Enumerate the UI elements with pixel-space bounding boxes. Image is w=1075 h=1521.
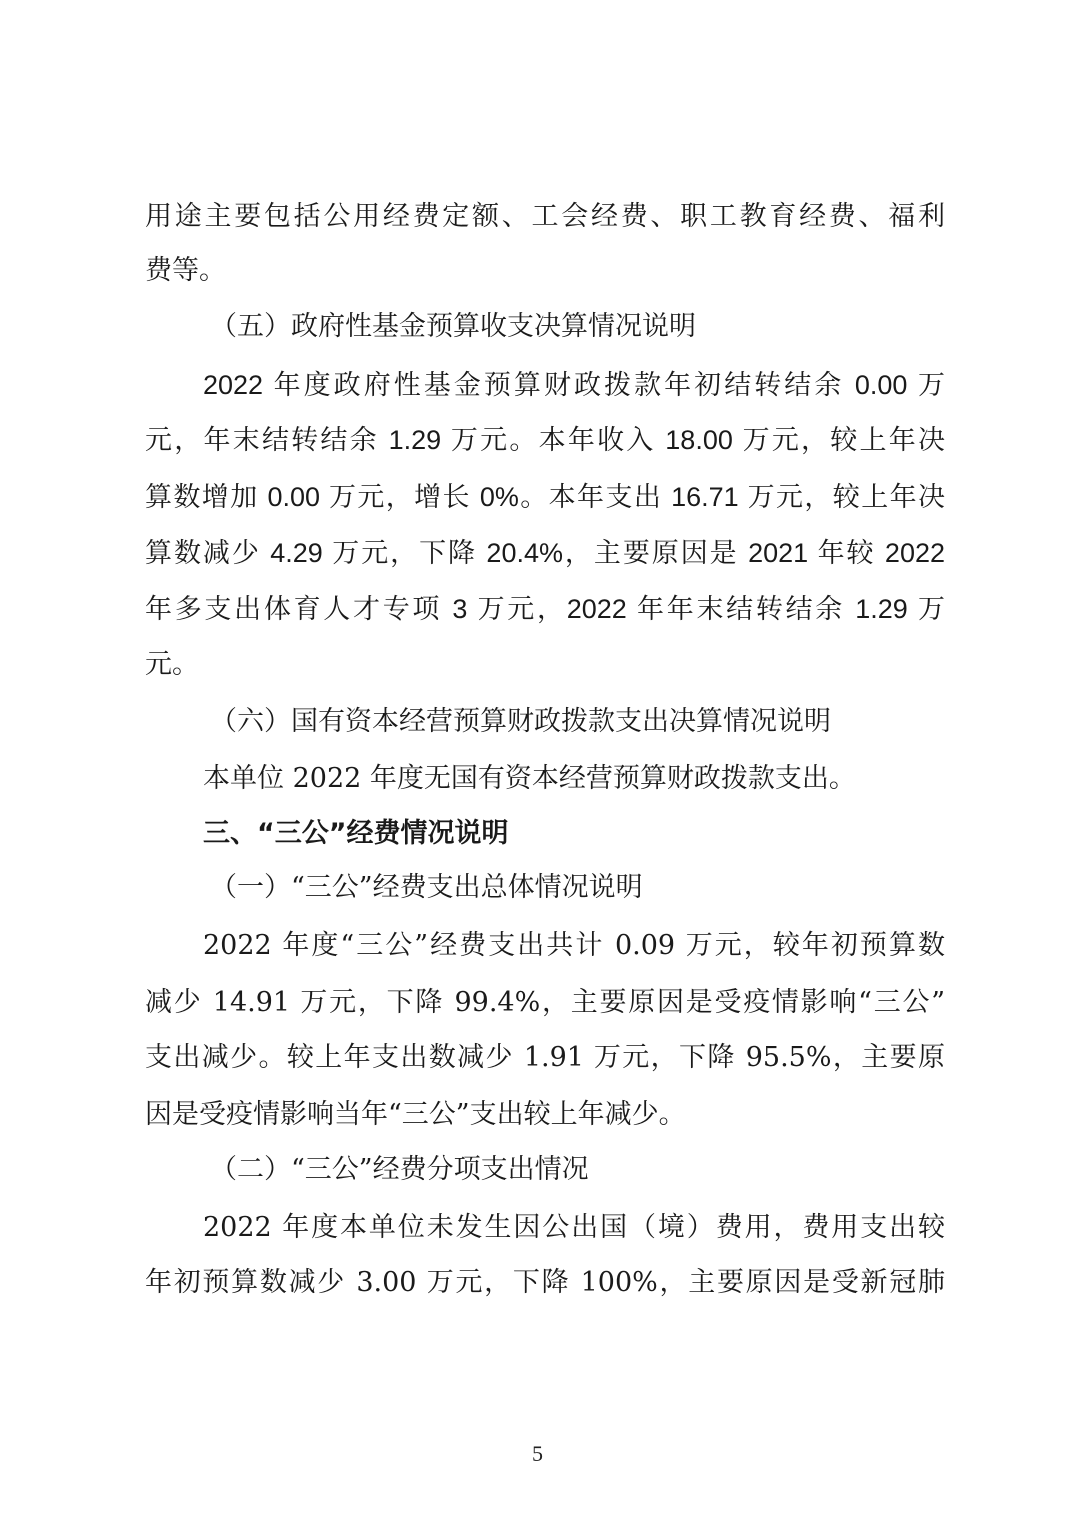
paragraph-line: 本单位 2022 年度无国有资本经营预算财政拨款支出。 [203,759,1003,799]
section-heading-3-2: （二）“三公”经费分项支出情况 [210,1150,1010,1190]
paragraph-line: 2022 年度本单位未发生因公出国（境）费用，费用支出较 [203,1208,945,1248]
section-heading-6: （六）国有资本经营预算财政拨款支出决算情况说明 [210,702,1010,742]
paragraph-line: 用途主要包括公用经费定额、工会经费、职工教育经费、福利 [145,197,945,237]
paragraph-line: 因是受疫情影响当年“三公”支出较上年减少。 [145,1095,945,1135]
paragraph-line: 元，年末结转结余 1.29 万元。本年收入 18.00 万元，较上年决 [145,420,945,460]
section-heading-3-1: （一）“三公”经费支出总体情况说明 [210,868,1010,908]
paragraph-line: 年多支出体育人才专项 3 万元，2022 年年末结转结余 1.29 万 [145,589,945,629]
paragraph-line: 算数增加 0.00 万元，增长 0%。本年支出 16.71 万元，较上年决 [145,477,945,517]
page-number: 5 [0,1441,1075,1467]
paragraph-line: 2022 年度政府性基金预算财政拨款年初结转结余 0.00 万 [203,365,945,405]
paragraph-line: 支出减少。较上年支出数减少 1.91 万元，下降 95.5%，主要原 [145,1038,945,1078]
paragraph-line: 减少 14.91 万元，下降 99.4%，主要原因是受疫情影响“三公” [145,983,945,1023]
chapter-heading-3: 三、“三公”经费情况说明 [203,814,1003,854]
paragraph-line: 年初预算数减少 3.00 万元，下降 100%，主要原因是受新冠肺 [145,1263,945,1303]
paragraph-line: 2022 年度“三公”经费支出共计 0.09 万元，较年初预算数 [203,926,945,966]
section-heading-5: （五）政府性基金预算收支决算情况说明 [210,307,1010,347]
document-page: 用途主要包括公用经费定额、工会经费、职工教育经费、福利 费等。 （五）政府性基金… [0,0,1075,1521]
paragraph-line: 费等。 [145,251,945,291]
paragraph-line: 元。 [145,644,945,684]
paragraph-line: 算数减少 4.29 万元，下降 20.4%，主要原因是 2021 年较 2022 [145,533,945,573]
